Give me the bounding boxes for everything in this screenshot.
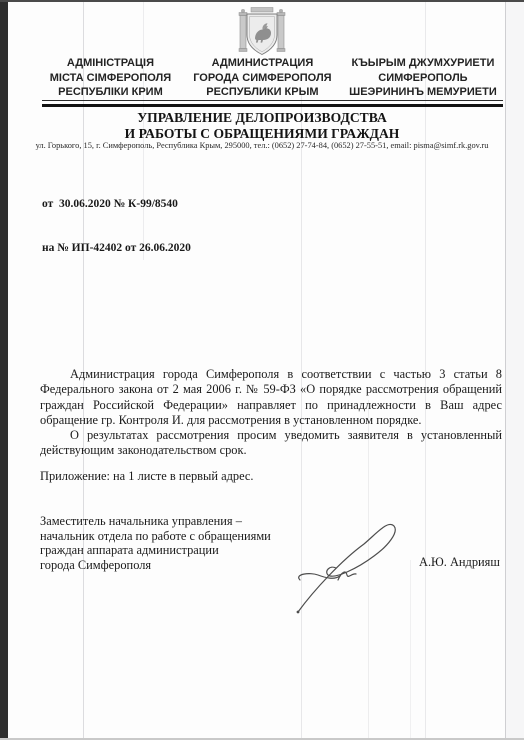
signer-position: Заместитель начальника управления – нача… <box>40 514 300 572</box>
department-address: ул. Горького, 15, г. Симферополь, Респуб… <box>8 141 516 150</box>
coat-of-arms-icon <box>234 7 290 57</box>
org-name-ukrainian: АДМІНІСТРАЦІЯ МІСТА СІМФЕРОПОЛЯ РЕСПУБЛІ… <box>34 56 187 100</box>
incoming-ref: на № ИП-42402 от 26.06.2020 <box>42 241 191 256</box>
body-paragraph-2: О результатах рассмотрения просим уведом… <box>40 428 502 459</box>
reference-numbers: от 30.06.2020 № К-99/8540 на № ИП-42402 … <box>42 168 191 284</box>
org-name-russian: АДМИНИСТРАЦИЯ ГОРОДА СИМФЕРОПОЛЯ РЕСПУБЛ… <box>187 56 338 100</box>
department-title: УПРАВЛЕНИЕ ДЕЛОПРОИЗВОДСТВА И РАБОТЫ С О… <box>8 110 516 141</box>
body-paragraph-1: Администрация города Симферополя в соотв… <box>40 367 502 428</box>
org-header: АДМІНІСТРАЦІЯ МІСТА СІМФЕРОПОЛЯ РЕСПУБЛІ… <box>34 56 508 100</box>
attachment-note: Приложение: на 1 листе в первый адрес. <box>40 469 253 484</box>
letter-body: Администрация города Симферополя в соотв… <box>40 367 502 459</box>
header-divider-rule <box>42 100 503 107</box>
handwritten-signature-icon <box>286 518 408 626</box>
scanned-letter-page: АДМІНІСТРАЦІЯ МІСТА СІМФЕРОПОЛЯ РЕСПУБЛІ… <box>0 0 524 740</box>
org-name-crimean-tatar: КЪЫРЫМ ДЖУМХУРИЕТИ СИМФЕРОПОЛЬ ШЕЭРИНИНЪ… <box>338 56 508 100</box>
outgoing-ref: от 30.06.2020 № К-99/8540 <box>42 197 191 212</box>
signer-name: А.Ю. Андрияш <box>419 555 500 570</box>
